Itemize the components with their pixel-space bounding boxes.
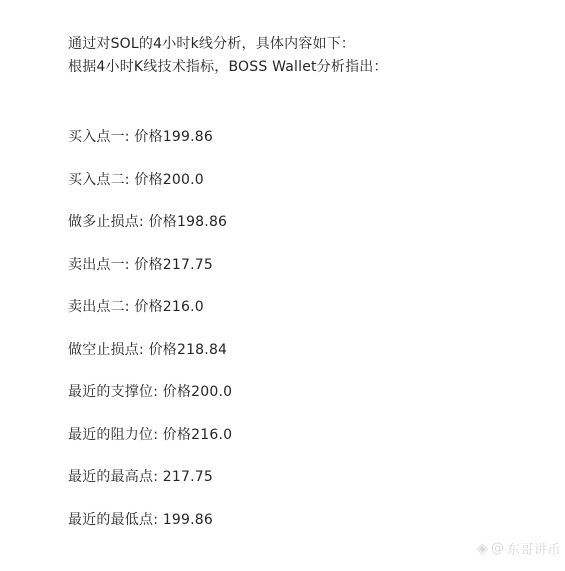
analysis-point-long-stop: 做多止损点: 价格198.86 [68, 213, 535, 231]
analysis-point-short-stop: 做空止损点: 价格218.84 [68, 341, 535, 359]
analysis-point-sell-2: 卖出点二: 价格216.0 [68, 298, 535, 316]
intro-line-1: 通过对SOL的4小时k线分析，具体内容如下： [68, 33, 535, 56]
analysis-point-support: 最近的支撑位: 价格200.0 [68, 383, 535, 401]
analysis-point-recent-high: 最近的最高点: 217.75 [68, 468, 535, 486]
analysis-point-sell-1: 卖出点一: 价格217.75 [68, 256, 535, 274]
analysis-point-buy-1: 买入点一: 价格199.86 [68, 128, 535, 146]
analysis-point-recent-low: 最近的最低点: 199.86 [68, 511, 535, 529]
analysis-point-buy-2: 买入点二: 价格200.0 [68, 171, 535, 189]
article-body: 通过对SOL的4小时k线分析，具体内容如下： 根据4小时K线技术指标，BOSS … [0, 0, 565, 529]
at-sign-icon: @ [491, 542, 504, 555]
analysis-point-resistance: 最近的阻力位: 价格216.0 [68, 426, 535, 444]
watermark-name: 东哥讲币 [507, 539, 561, 558]
intro-line-2: 根据4小时K线技术指标，BOSS Wallet分析指出： [68, 56, 535, 79]
diamond-logo-icon: ◈ [476, 541, 488, 556]
watermark: ◈ @ 东哥讲币 [476, 539, 561, 558]
intro-paragraph: 通过对SOL的4小时k线分析，具体内容如下： 根据4小时K线技术指标，BOSS … [68, 33, 535, 79]
analysis-points-list: 买入点一: 价格199.86 买入点二: 价格200.0 做多止损点: 价格19… [68, 128, 535, 529]
